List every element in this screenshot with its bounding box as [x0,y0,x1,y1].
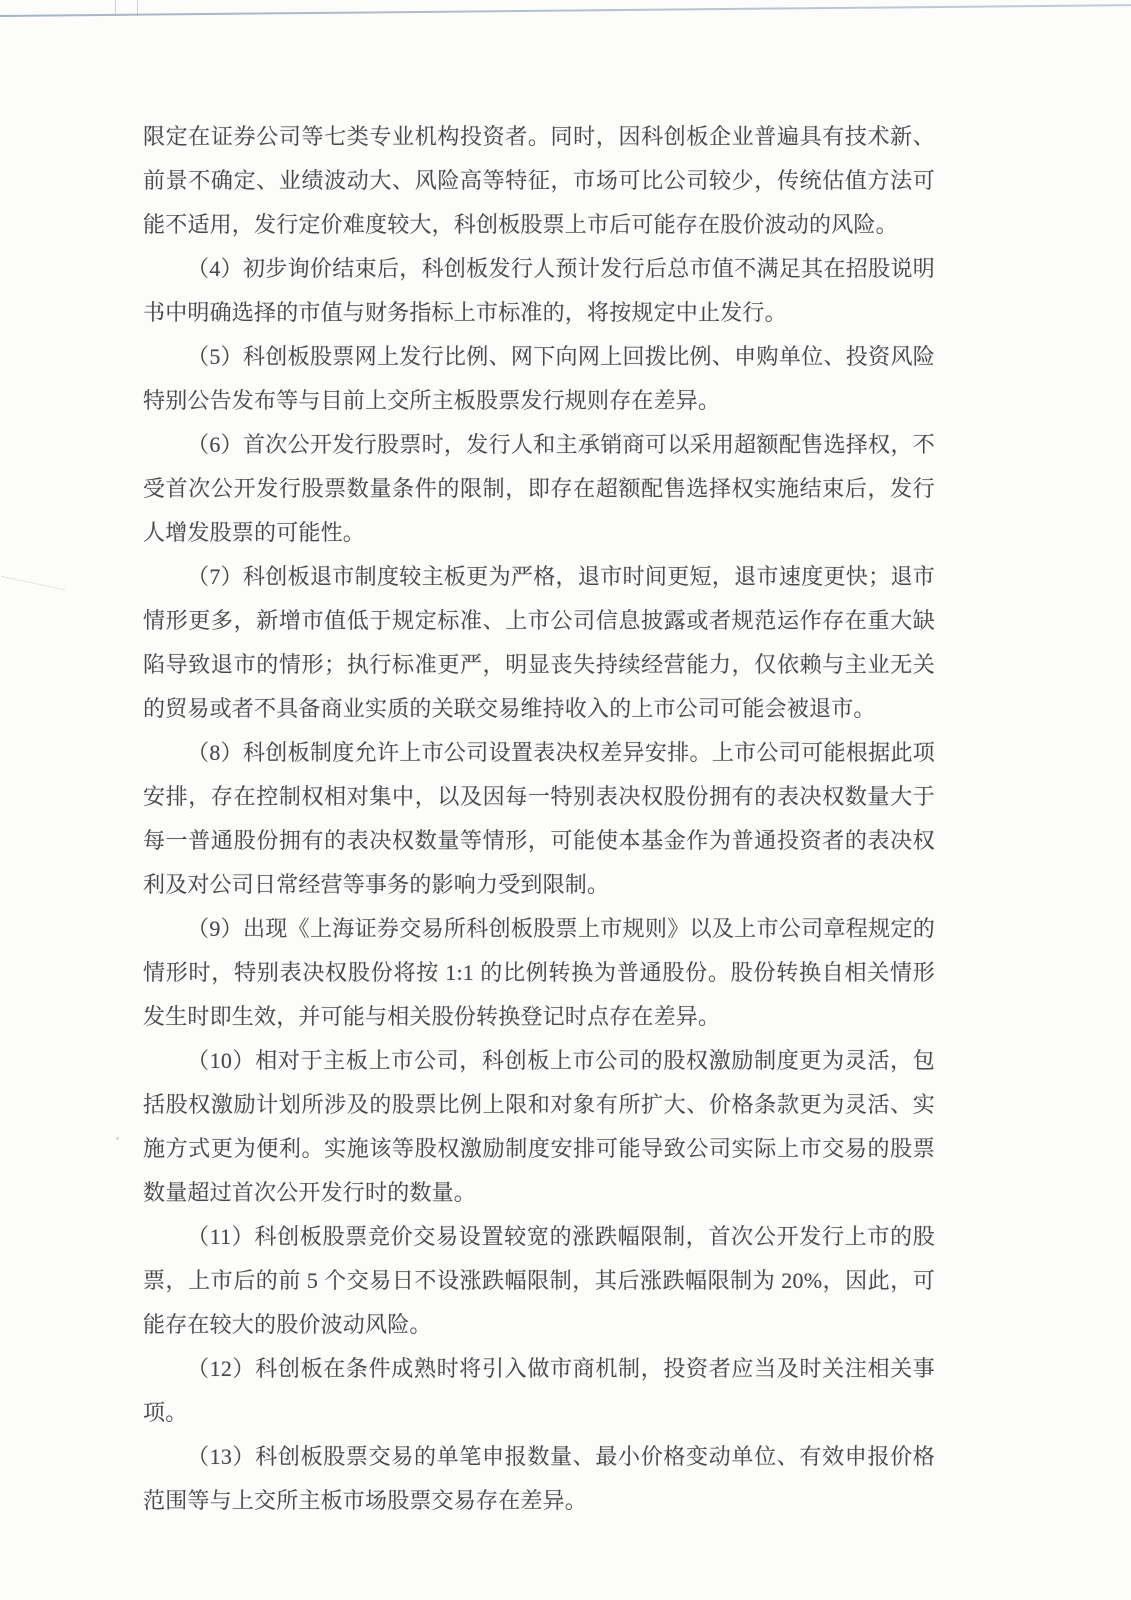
scan-artifact-horizontal-line [0,4,1131,17]
text-line: 情形时，特别表决权股份将按 1:1 的比例转换为普通股份。股份转换自相关情形 [143,951,935,995]
scan-artifact-speck [116,1137,119,1140]
text-line: （8）科创板制度允许上市公司设置表决权差异安排。上市公司可能根据此项 [143,731,935,775]
text-line: 特别公告发布等与目前上交所主板股票发行规则存在差异。 [143,379,935,423]
text-line: （13）科创板股票交易的单笔申报数量、最小价格变动单位、有效申报价格 [143,1435,935,1479]
scan-artifact-tick [115,0,116,16]
scan-artifact-tick [137,0,138,16]
text-line: 票，上市后的前 5 个交易日不设涨跌幅限制，其后涨跌幅限制为 20%，因此，可 [143,1259,935,1303]
text-line: 情形更多，新增市值低于规定标准、上市公司信息披露或者规范运作存在重大缺 [143,599,935,643]
text-line: （12）科创板在条件成熟时将引入做市商机制，投资者应当及时关注相关事 [143,1347,935,1391]
document-page: 限定在证券公司等七类专业机构投资者。同时，因科创板企业普遍具有技术新、前景不确定… [0,0,1131,1600]
text-line: 施方式更为便利。实施该等股权激励制度安排可能导致公司实际上市交易的股票 [143,1127,935,1171]
text-line: 安排，存在控制权相对集中，以及因每一特别表决权股份拥有的表决权数量大于 [143,775,935,819]
text-line: （9）出现《上海证券交易所科创板股票上市规则》以及上市公司章程规定的 [143,907,935,951]
text-line: 的贸易或者不具备商业实质的关联交易维持收入的上市公司可能会被退市。 [143,687,935,731]
text-line: 陷导致退市的情形；执行标准更严，明显丧失持续经营能力，仅依赖与主业无关 [143,643,935,687]
text-line: 前景不确定、业绩波动大、风险高等特征，市场可比公司较少，传统估值方法可 [143,159,935,203]
text-line: （5）科创板股票网上发行比例、网下向网上回拨比例、申购单位、投资风险 [143,335,935,379]
text-line: 限定在证券公司等七类专业机构投资者。同时，因科创板企业普遍具有技术新、 [143,115,935,159]
text-line: 能不适用，发行定价难度较大，科创板股票上市后可能存在股价波动的风险。 [143,203,935,247]
document-text-block: 限定在证券公司等七类专业机构投资者。同时，因科创板企业普遍具有技术新、前景不确定… [143,115,935,1523]
text-line: 受首次公开发行股票数量条件的限制，即存在超额配售选择权实施结束后，发行 [143,467,935,511]
text-line: （10）相对于主板上市公司，科创板上市公司的股权激励制度更为灵活，包 [143,1039,935,1083]
text-line: 括股权激励计划所涉及的股票比例上限和对象有所扩大、价格条款更为灵活、实 [143,1083,935,1127]
scan-artifact-smudge [2,576,65,590]
text-line: （6）首次公开发行股票时，发行人和主承销商可以采用超额配售选择权，不 [143,423,935,467]
text-line: 项。 [143,1391,935,1435]
text-line: 利及对公司日常经营等事务的影响力受到限制。 [143,863,935,907]
text-line: 人增发股票的可能性。 [143,511,935,555]
text-line: 范围等与上交所主板市场股票交易存在差异。 [143,1479,935,1523]
text-line: （4）初步询价结束后，科创板发行人预计发行后总市值不满足其在招股说明 [143,247,935,291]
text-line: 能存在较大的股价波动风险。 [143,1303,935,1347]
text-line: 书中明确选择的市值与财务指标上市标准的，将按规定中止发行。 [143,291,935,335]
text-line: 每一普通股份拥有的表决权数量等情形，可能使本基金作为普通投资者的表决权 [143,819,935,863]
text-line: （11）科创板股票竞价交易设置较宽的涨跌幅限制，首次公开发行上市的股 [143,1215,935,1259]
text-line: 数量超过首次公开发行时的数量。 [143,1171,935,1215]
text-line: 发生时即生效，并可能与相关股份转换登记时点存在差异。 [143,995,935,1039]
text-line: （7）科创板退市制度较主板更为严格，退市时间更短，退市速度更快；退市 [143,555,935,599]
